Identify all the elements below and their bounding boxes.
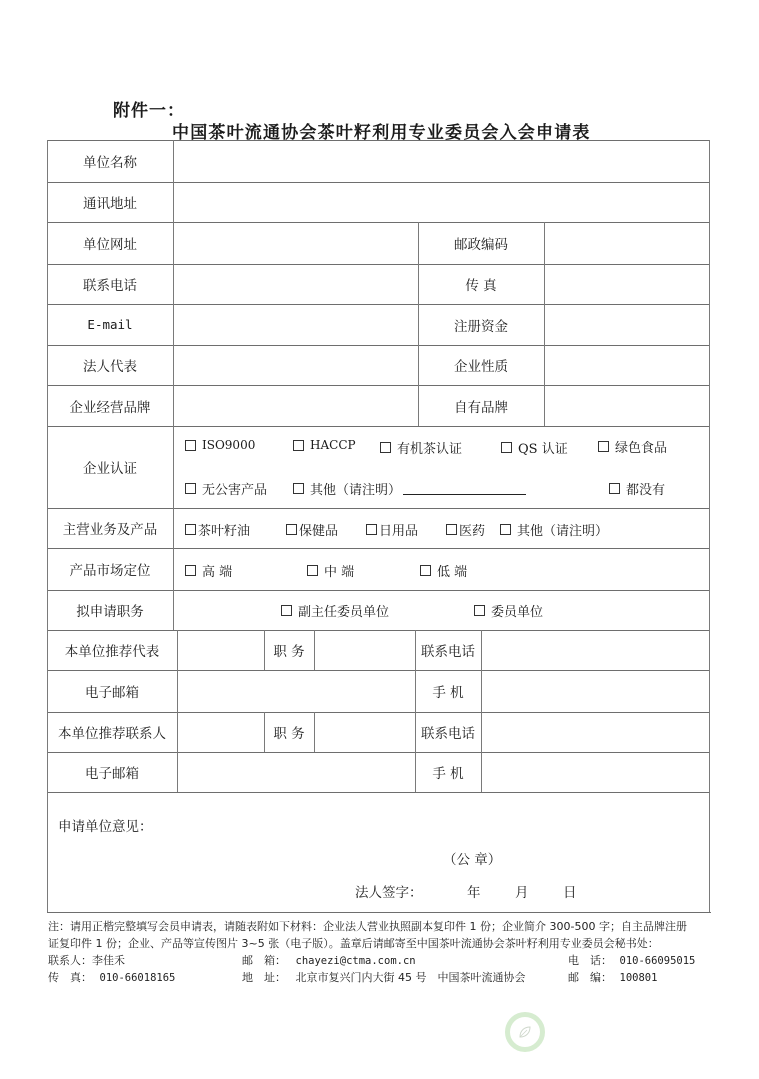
email-label: E-mail	[47, 304, 173, 345]
website-label: 单位网址	[47, 222, 173, 264]
representative-title-field[interactable]	[315, 631, 415, 670]
leaf-icon	[517, 1024, 533, 1040]
footer-note-line1: 注：请用正楷完整填写会员申请表，请随表附如下材料：企业法人营业执照副本复印件 1…	[48, 918, 687, 934]
email-field[interactable]	[174, 305, 418, 345]
legal-rep-label: 法人代表	[47, 345, 173, 385]
fax-label: 传 真：	[48, 971, 92, 984]
operating-brand-label: 企业经营品牌	[47, 385, 173, 426]
checkbox[interactable]	[185, 565, 196, 576]
cert-option-green-food[interactable]: 绿色食品	[598, 437, 667, 456]
footer-tel: 电 话： 010-66095015	[568, 952, 695, 968]
business-option-medicine[interactable]: 医药	[446, 520, 485, 539]
footer-address: 地 址： 北京市复兴门内大街 45 号 中国茶叶流通协会	[242, 969, 526, 985]
cert-option-other[interactable]: 其他（请注明）	[293, 479, 526, 498]
address-field[interactable]	[174, 183, 709, 222]
contact-label: 联系人：	[48, 954, 92, 967]
cert-option-organic-tea[interactable]: 有机茶认证	[380, 438, 462, 457]
cert-option-haccp[interactable]: HACCP	[293, 438, 356, 452]
contact-person-title-field[interactable]	[315, 713, 415, 752]
phone-label: 联系电话	[47, 264, 173, 304]
position-option-member[interactable]: 委员单位	[474, 601, 543, 620]
cert-option-qs[interactable]: QS 认证	[501, 438, 568, 457]
contact-person-name-field[interactable]	[178, 713, 264, 752]
contact-person-email-label: 电子邮箱	[47, 752, 177, 792]
checkbox[interactable]	[293, 440, 304, 451]
representative-label: 本单位推荐代表	[47, 630, 177, 670]
market-option-high[interactable]: 高 端	[185, 561, 232, 580]
checkbox[interactable]	[501, 442, 512, 453]
market-position-label: 产品市场定位	[47, 548, 173, 590]
table-border-right	[709, 140, 710, 912]
address-label: 地 址：	[242, 971, 286, 984]
contact-person-phone-label: 联系电话	[415, 712, 481, 752]
tel-label: 电 话：	[568, 954, 612, 967]
zip-label: 邮 编：	[568, 971, 612, 984]
website-field[interactable]	[174, 223, 418, 264]
representative-mobile-field[interactable]	[482, 671, 709, 712]
contact-person-phone-field[interactable]	[482, 713, 709, 752]
footer-note-line2: 证复印件 1 份；企业、产品等宣传图片 3~5 张（电子版）。盖章后请邮寄至中国…	[48, 935, 659, 951]
postal-code-label: 邮政编码	[418, 222, 544, 264]
contact-person-mobile-field[interactable]	[482, 753, 709, 792]
fax-label: 传 真	[418, 264, 544, 304]
representative-email-field[interactable]	[178, 671, 415, 712]
checkbox[interactable]	[474, 605, 485, 616]
company-nature-field[interactable]	[545, 346, 709, 385]
business-option-other[interactable]: 其他（请注明）	[500, 520, 608, 539]
cert-option-pollution-free[interactable]: 无公害产品	[185, 479, 267, 498]
business-option-daily[interactable]: 日用品	[366, 520, 418, 539]
company-name-label: 单位名称	[47, 140, 173, 182]
market-option-mid[interactable]: 中 端	[307, 561, 354, 580]
checkbox[interactable]	[185, 440, 196, 451]
checkbox[interactable]	[185, 483, 196, 494]
own-brand-field[interactable]	[545, 386, 709, 426]
cert-option-none[interactable]: 都没有	[609, 479, 665, 498]
other-specify-line[interactable]	[403, 482, 526, 495]
contact-name: 李佳禾	[92, 954, 125, 967]
business-label: 主营业务及产品	[47, 508, 173, 548]
contact-person-email-field[interactable]	[178, 753, 415, 792]
leaf-logo-icon	[505, 1012, 545, 1052]
footer-contact: 联系人：李佳禾	[48, 952, 125, 968]
checkbox[interactable]	[307, 565, 318, 576]
position-option-vice-chair[interactable]: 副主任委员单位	[281, 601, 389, 620]
checkbox[interactable]	[286, 524, 297, 535]
registered-capital-field[interactable]	[545, 305, 709, 345]
table-border-bottom	[47, 912, 711, 913]
legal-rep-field[interactable]	[174, 346, 418, 385]
company-name-field[interactable]	[174, 141, 709, 182]
tel-value: 010-66095015	[620, 955, 696, 967]
position-applied-label: 拟申请职务	[47, 590, 173, 630]
checkbox[interactable]	[185, 524, 196, 535]
checkbox[interactable]	[281, 605, 292, 616]
checkbox[interactable]	[366, 524, 377, 535]
representative-name-field[interactable]	[178, 631, 264, 670]
representative-email-label: 电子邮箱	[47, 670, 177, 712]
contact-person-label: 本单位推荐联系人	[47, 712, 177, 752]
checkbox[interactable]	[293, 483, 304, 494]
fax-value: 010-66018165	[100, 972, 176, 984]
own-brand-label: 自有品牌	[418, 385, 544, 426]
signature-label: 法人签字：	[355, 881, 423, 901]
checkbox[interactable]	[609, 483, 620, 494]
representative-mobile-label: 手 机	[415, 670, 481, 712]
business-option-health[interactable]: 保健品	[286, 520, 338, 539]
market-option-low[interactable]: 低 端	[420, 561, 467, 580]
business-option-tea-seed-oil[interactable]: 茶叶籽油	[185, 520, 250, 539]
day-label: 日	[563, 881, 577, 901]
year-label: 年	[467, 881, 481, 901]
postal-code-field[interactable]	[545, 223, 709, 264]
mailbox-label: 邮 箱：	[242, 954, 286, 967]
representative-phone-label: 联系电话	[415, 630, 481, 670]
footer-zip: 邮 编： 100801	[568, 969, 657, 985]
seal-label: （公 章）	[443, 848, 501, 868]
operating-brand-field[interactable]	[174, 386, 418, 426]
mailbox-value: chayezi@ctma.com.cn	[296, 955, 416, 967]
contact-person-mobile-label: 手 机	[415, 752, 481, 792]
checkbox[interactable]	[446, 524, 457, 535]
month-label: 月	[515, 881, 529, 901]
cert-option-iso9000[interactable]: ISO9000	[185, 438, 255, 452]
footer-mailbox: 邮 箱： chayezi@ctma.com.cn	[242, 952, 416, 968]
fax-field[interactable]	[545, 265, 709, 304]
checkbox[interactable]	[500, 524, 511, 535]
address-value: 北京市复兴门内大街 45 号 中国茶叶流通协会	[296, 971, 526, 984]
representative-title-label: 职 务	[264, 630, 314, 670]
phone-field[interactable]	[174, 265, 418, 304]
contact-person-title-label: 职 务	[264, 712, 314, 752]
zip-value: 100801	[620, 972, 658, 984]
checkbox[interactable]	[598, 441, 609, 452]
address-label: 通讯地址	[47, 182, 173, 222]
company-nature-label: 企业性质	[418, 345, 544, 385]
representative-phone-field[interactable]	[482, 631, 709, 670]
checkbox[interactable]	[380, 442, 391, 453]
checkbox[interactable]	[420, 565, 431, 576]
registered-capital-label: 注册资金	[418, 304, 544, 345]
footer-fax: 传 真： 010-66018165	[48, 969, 175, 985]
certification-label: 企业认证	[47, 426, 173, 508]
